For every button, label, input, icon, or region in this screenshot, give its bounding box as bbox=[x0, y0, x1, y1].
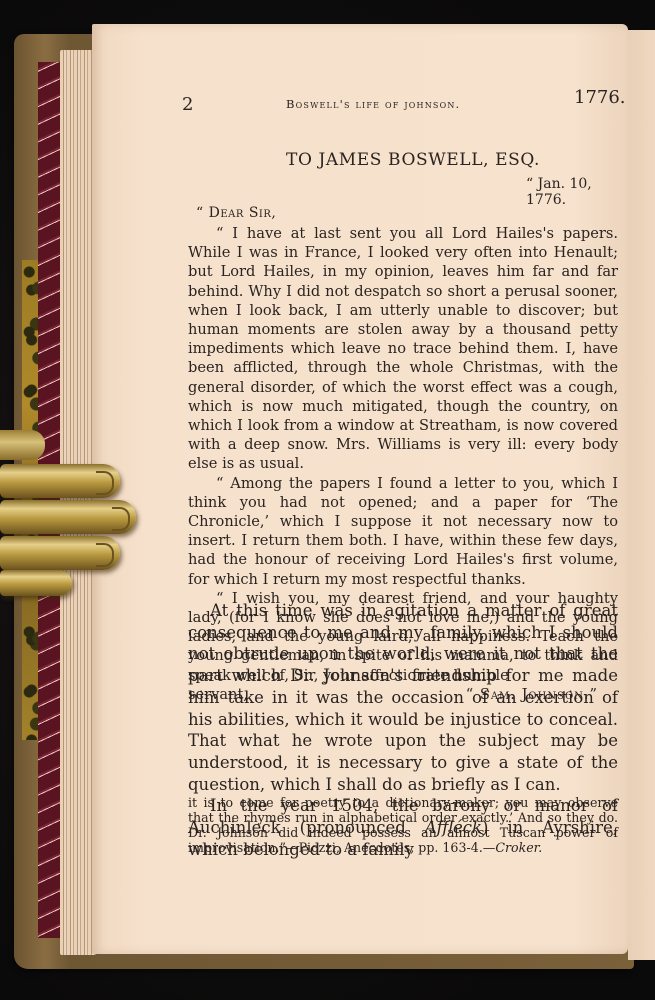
page-text: 2 Boswell's Life of Johnson. 1776. TO JA… bbox=[96, 0, 626, 1000]
fingernail-icon bbox=[96, 471, 114, 495]
footnote-attribution: Croker. bbox=[495, 840, 542, 855]
letter-paragraph: “ Among the papers I found a letter to y… bbox=[188, 474, 618, 589]
fingernail-icon bbox=[112, 507, 130, 531]
letter-title: TO JAMES BOSWELL, ESQ. bbox=[286, 150, 540, 170]
page-number: 2 bbox=[182, 94, 193, 115]
narrative-paragraph: At this time was in agitation a matter o… bbox=[188, 600, 618, 795]
clip-finger bbox=[0, 536, 120, 570]
clip-finger bbox=[0, 500, 136, 534]
next-page-edge bbox=[628, 30, 655, 960]
footnote-text: it is to come for poetry to a dictionary… bbox=[188, 795, 618, 855]
letter-salutation: “ Dear Sir, bbox=[196, 205, 276, 221]
letter-paragraph: “ I have at last sent you all Lord Haile… bbox=[188, 224, 618, 474]
letter-date: “ Jan. 10, 1776. bbox=[526, 176, 626, 208]
running-head-title: Boswell's Life of Johnson. bbox=[286, 97, 460, 111]
running-head-year: 1776. bbox=[574, 87, 626, 108]
brass-hand-page-clip bbox=[0, 430, 140, 600]
running-head: 2 Boswell's Life of Johnson. 1776. bbox=[96, 92, 626, 116]
clip-finger bbox=[0, 464, 120, 498]
footnote: it is to come for poetry to a dictionary… bbox=[188, 795, 618, 855]
clip-thumb bbox=[0, 570, 72, 596]
clip-knuckle bbox=[0, 430, 45, 460]
fingernail-icon bbox=[96, 543, 114, 567]
